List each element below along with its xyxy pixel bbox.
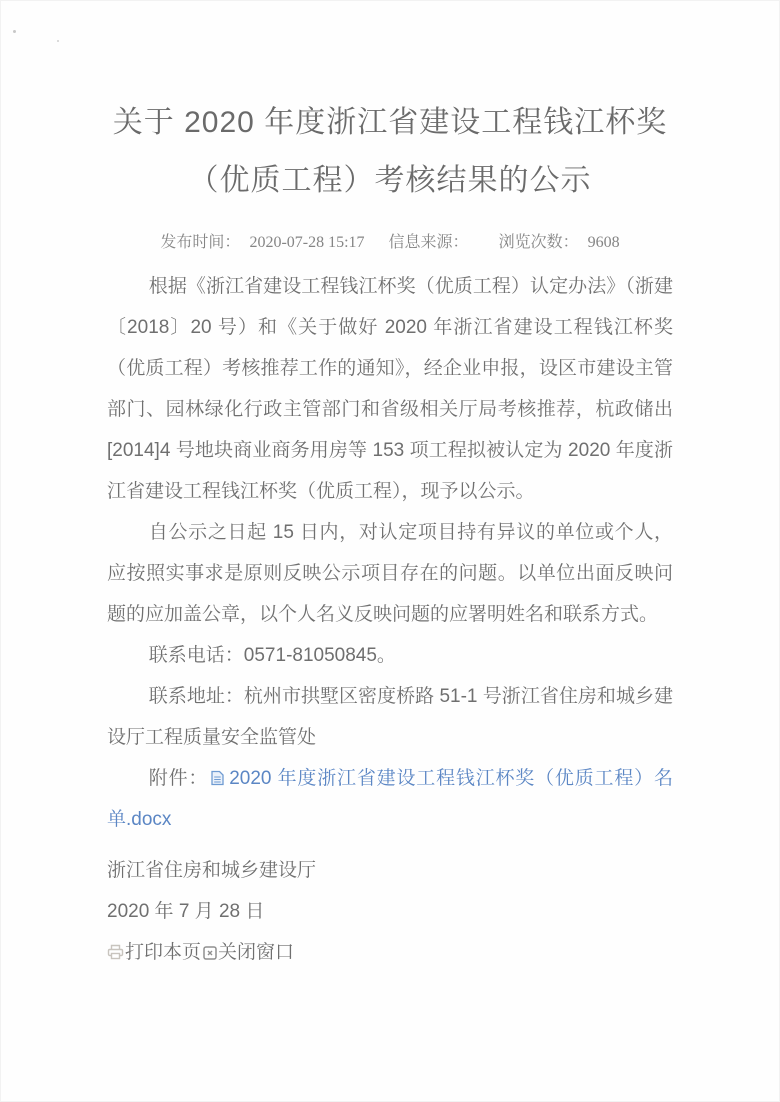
announcement-page: 关于 2020 年度浙江省建设工程钱江杯奖 （优质工程）考核结果的公示 发布时间… — [0, 0, 780, 1102]
close-label: 关闭窗口 — [218, 942, 294, 963]
issue-date: 2020 年 7 月 28 日 — [107, 891, 621, 932]
views-label: 浏览次数： — [499, 234, 579, 251]
page-actions: 打印本页关闭窗口 — [107, 932, 621, 973]
doc-attachment-icon — [210, 770, 225, 786]
publish-time-label: 发布时间： — [160, 234, 240, 251]
print-label: 打印本页 — [125, 942, 201, 963]
page-title: 关于 2020 年度浙江省建设工程钱江杯奖 （优质工程）考核结果的公示 — [40, 94, 740, 210]
announcement-body: 根据《浙江省建设工程钱江杯奖（优质工程）认定办法》（浙建〔2018〕20 号）和… — [107, 266, 673, 973]
views-value: 9608 — [588, 234, 620, 251]
close-window-icon — [203, 946, 217, 960]
scan-speck — [13, 30, 16, 33]
source-label: 信息来源： — [389, 234, 469, 251]
attachment-label: 附件： — [149, 768, 208, 789]
scan-speck — [57, 40, 59, 42]
paragraph-basis: 根据《浙江省建设工程钱江杯奖（优质工程）认定办法》（浙建〔2018〕20 号）和… — [107, 266, 673, 512]
paragraph-objection: 自公示之日起 15 日内，对认定项目持有异议的单位或个人，应按照实事求是原则反映… — [107, 512, 673, 635]
signature-block: 浙江省住房和城乡建设厅 2020 年 7 月 28 日 打印本页关闭窗口 — [107, 850, 673, 973]
print-button[interactable]: 打印本页 — [107, 942, 201, 963]
meta-bar: 发布时间：2020-07-28 15:17信息来源：浏览次数：9608 — [0, 229, 780, 252]
page-title-line2: （优质工程）考核结果的公示 — [40, 152, 740, 210]
contact-address: 联系地址：杭州市拱墅区密度桥路 51-1 号浙江省住房和城乡建设厅工程质量安全监… — [107, 676, 673, 758]
issuing-authority: 浙江省住房和城乡建设厅 — [107, 850, 621, 891]
attachment-line: 附件：2020 年度浙江省建设工程钱江杯奖（优质工程）名单.docx — [107, 758, 673, 840]
close-button[interactable]: 关闭窗口 — [203, 942, 294, 963]
page-title-line1: 关于 2020 年度浙江省建设工程钱江杯奖 — [40, 94, 740, 152]
printer-icon — [107, 944, 124, 960]
publish-time-value: 2020-07-28 15:17 — [249, 234, 364, 251]
contact-phone: 联系电话：0571-81050845。 — [107, 635, 673, 676]
